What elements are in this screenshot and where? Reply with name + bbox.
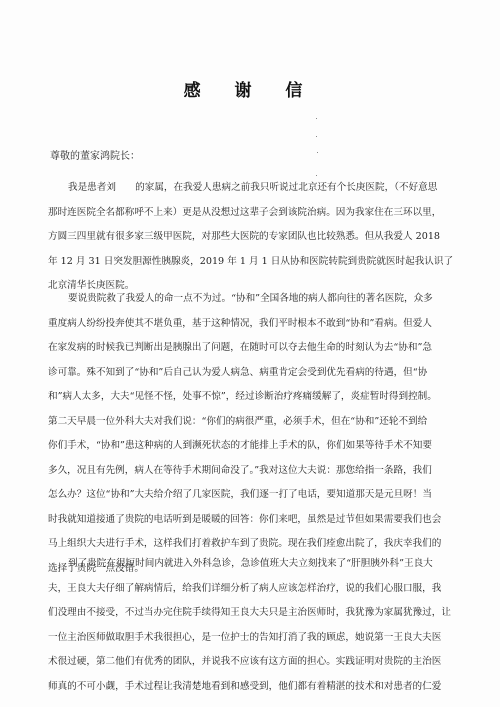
paragraph-line: 重度病人纷纷投奔使其不堪负重，基于这种情况，我们平时根本不敢到“协和”看病。但爱… bbox=[48, 312, 458, 337]
paragraph-line: 你们手术，“协和”患这种病的人到濒死状态的才能排上手术的队，你们如果等待手术不知… bbox=[48, 434, 458, 459]
paragraph-line: 那时连医院全名都称呼不上来）更是从没想过这辈子会到该院治病。因为我家住在三环以里… bbox=[48, 201, 458, 226]
paragraph-line: 时我就知道接通了贵院的电话听到是暖暖的回答：你们来吧，虽然是过节但如果需要我们也… bbox=[48, 508, 458, 533]
letter-page: 感 谢 信 尊敬的董家鸿院长： 我是患者刘 的家属，在我爱人患病之前我只听说过北… bbox=[0, 0, 500, 707]
paragraph-3: 到了贵院在很短时间内就进入外科急诊，急诊值班大夫立刻找来了“肝胆胰外科”王良大 … bbox=[48, 552, 458, 699]
paragraph-line: 要说贵院救了我爱人的命一点不为过。“协和”全国各地的病人都向往的著名医院，众多 bbox=[48, 287, 458, 312]
paragraph-line: 到了贵院在很短时间内就进入外科急诊，急诊值班大夫立刻找来了“肝胆胰外科”王良大 bbox=[48, 552, 458, 577]
letter-title: 感 谢 信 bbox=[0, 76, 500, 101]
paragraph-line: 一位主治医师做取胆手术我很担心，是一位护士的告知打消了我的顾虑，她说第一王良大夫… bbox=[48, 626, 458, 651]
paragraph-line: 师真的不可小觑，手术过程让我清楚地看到和感受到，他们都有着精湛的技术和对患者的仁… bbox=[48, 675, 458, 700]
paragraph-line: 们没理由不接受，不过当办完住院手续得知王良大夫只是主治医师时，我犹豫为家属犹豫过… bbox=[48, 601, 458, 626]
paragraph-1: 我是患者刘 的家属，在我爱人患病之前我只听说过北京还有个长庚医院，（不好意思 那… bbox=[48, 176, 458, 299]
paragraph-line: 在家发病的时候我已判断出是胰腺出了问题，在随时可以夺去他生命的时刻认为去“协和”… bbox=[48, 336, 458, 361]
paragraph-line: 第二天早晨一位外科大夫对我们说：“你们的病很严重，必须手术，但在“协和”还轮不到… bbox=[48, 410, 458, 435]
scan-speck bbox=[317, 152, 318, 153]
paragraph-line: 诊可靠。殊不知到了“协和”后自己认为爱人病急、病重肯定会受到优先看病的待遇，但“… bbox=[48, 361, 458, 386]
paragraph-line: 术很过硬，第二他们有优秀的团队，并说我不应该有这方面的担心。实践证明对贵院的主治… bbox=[48, 650, 458, 675]
paragraph-line: 多久，况且有先例，病人在等待手术期间命没了。”我对这位大夫说：那您给指一条路，我… bbox=[48, 459, 458, 484]
paragraph-line: 我是患者刘 的家属，在我爱人患病之前我只听说过北京还有个长庚医院，（不好意思 bbox=[48, 176, 458, 201]
scan-speck bbox=[316, 136, 317, 137]
salutation: 尊敬的董家鸿院长： bbox=[50, 147, 140, 162]
paragraph-2: 要说贵院救了我爱人的命一点不为过。“协和”全国各地的病人都向往的著名医院，众多 … bbox=[48, 287, 458, 581]
scan-speck bbox=[316, 118, 317, 119]
paragraph-line: 和”病人太多，大夫“见怪不怪，处事不惊”，经过诊断治疗疼痛缓解了，炎症暂时得到控… bbox=[48, 385, 458, 410]
paragraph-line: 夫，王良大夫仔细了解病情后，给我们详细分析了病人应该怎样治疗，说的我们心服口服，… bbox=[48, 577, 458, 602]
paragraph-line: 怎么办？这位“协和”大夫给介绍了几家医院，我们逐一打了电话，要知道那天是元旦呀！… bbox=[48, 483, 458, 508]
paragraph-line: 方圆三四里就有很多家三级甲医院，对那些大医院的专家团队也比较熟悉。但从我爱人 2… bbox=[48, 225, 458, 250]
paragraph-line: 年 12 月 31 日突发胆源性胰腺炎，2019 年 1 月 1 日从协和医院转… bbox=[48, 250, 458, 275]
